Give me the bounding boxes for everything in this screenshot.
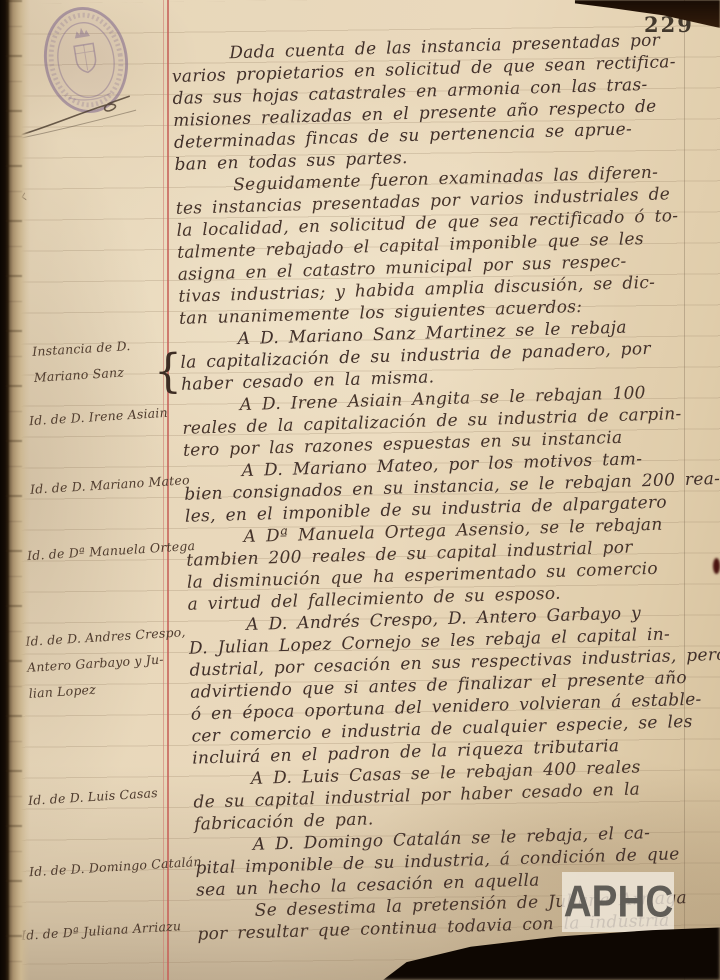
accolade-brace: {	[154, 345, 182, 399]
margin-note: Id. de D. Andres Crespo,Antero Garbayo y…	[25, 619, 190, 707]
manuscript-page: 229 ‹ { Instancia de D.Mariano Sanz Id. …	[0, 0, 720, 980]
body-paragraph: A D. Andrés Crespo, D. Antero Garbayo yD…	[188, 599, 720, 769]
book-spine-edge	[0, 0, 30, 980]
photographed-manuscript: 229 ‹ { Instancia de D.Mariano Sanz Id. …	[0, 0, 720, 980]
body-paragraph: Dada cuenta de las instancia presentadas…	[171, 28, 720, 176]
margin-note: Instancia de D.Mariano Sanz	[32, 333, 133, 391]
body-text-column: Dada cuenta de las instancia presentadas…	[171, 28, 720, 946]
signature-flourish	[12, 88, 140, 144]
body-paragraph: Seguidamente fueron examinadas las difer…	[175, 160, 720, 330]
archive-watermark: APHC	[562, 872, 674, 932]
watermark-label: APHC	[563, 877, 672, 927]
body-paragraph: A Dª Manuela Ortega Asensio, se le rebaj…	[185, 512, 720, 616]
